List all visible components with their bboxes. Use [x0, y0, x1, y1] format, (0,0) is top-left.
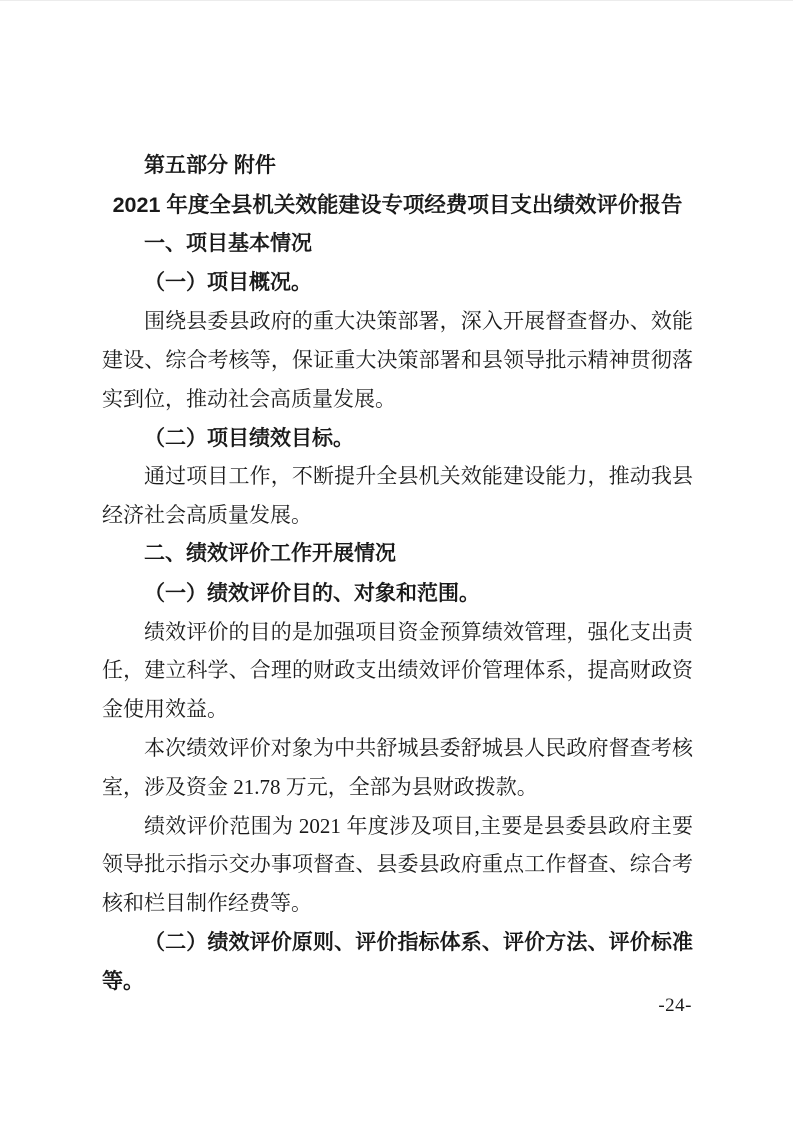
- document-page: 第五部分 附件2021 年度全县机关效能建设专项经费项目支出绩效评价报告一、项目…: [0, 0, 793, 1122]
- body-text-line: 领导批示指示交办事项督查、县委县政府重点工作督查、综合考: [102, 845, 693, 884]
- body-text-line: 本次绩效评价对象为中共舒城县委舒城县人民政府督查考核: [102, 729, 693, 768]
- subsection-heading: （二）项目绩效目标。: [102, 419, 693, 458]
- body-text-line: 建设、综合考核等，保证重大决策部署和县领导批示精神贯彻落: [102, 341, 693, 380]
- body-text-line: 绩效评价范围为 2021 年度涉及项目,主要是县委县政府主要: [102, 807, 693, 846]
- body-text-line: 通过项目工作，不断提升全县机关效能建设能力，推动我县: [102, 457, 693, 496]
- subsection-heading: 等。: [102, 962, 693, 1001]
- section-heading: 一、项目基本情况: [102, 225, 693, 264]
- part-heading: 第五部分 附件: [102, 147, 693, 186]
- body-text-line: 实到位，推动社会高质量发展。: [102, 380, 693, 419]
- document-content: 第五部分 附件2021 年度全县机关效能建设专项经费项目支出绩效评价报告一、项目…: [102, 147, 693, 1001]
- body-text-line: 金使用效益。: [102, 690, 693, 729]
- body-text-line: 绩效评价的目的是加强项目资金预算绩效管理，强化支出责: [102, 613, 693, 652]
- report-title: 2021 年度全县机关效能建设专项经费项目支出绩效评价报告: [102, 186, 693, 225]
- page-number: -24-: [658, 996, 692, 1015]
- subsection-heading: （二）绩效评价原则、评价指标体系、评价方法、评价标准: [102, 923, 693, 962]
- body-text-line: 围绕县委县政府的重大决策部署，深入开展督查督办、效能: [102, 302, 693, 341]
- body-text-line: 经济社会高质量发展。: [102, 496, 693, 535]
- body-text-line: 任，建立科学、合理的财政支出绩效评价管理体系，提高财政资: [102, 651, 693, 690]
- subsection-heading: （一）绩效评价目的、对象和范围。: [102, 574, 693, 613]
- body-text-line: 核和栏目制作经费等。: [102, 884, 693, 923]
- section-heading: 二、绩效评价工作开展情况: [102, 535, 693, 574]
- body-text-line: 室，涉及资金 21.78 万元，全部为县财政拨款。: [102, 768, 693, 807]
- subsection-heading: （一）项目概况。: [102, 263, 693, 302]
